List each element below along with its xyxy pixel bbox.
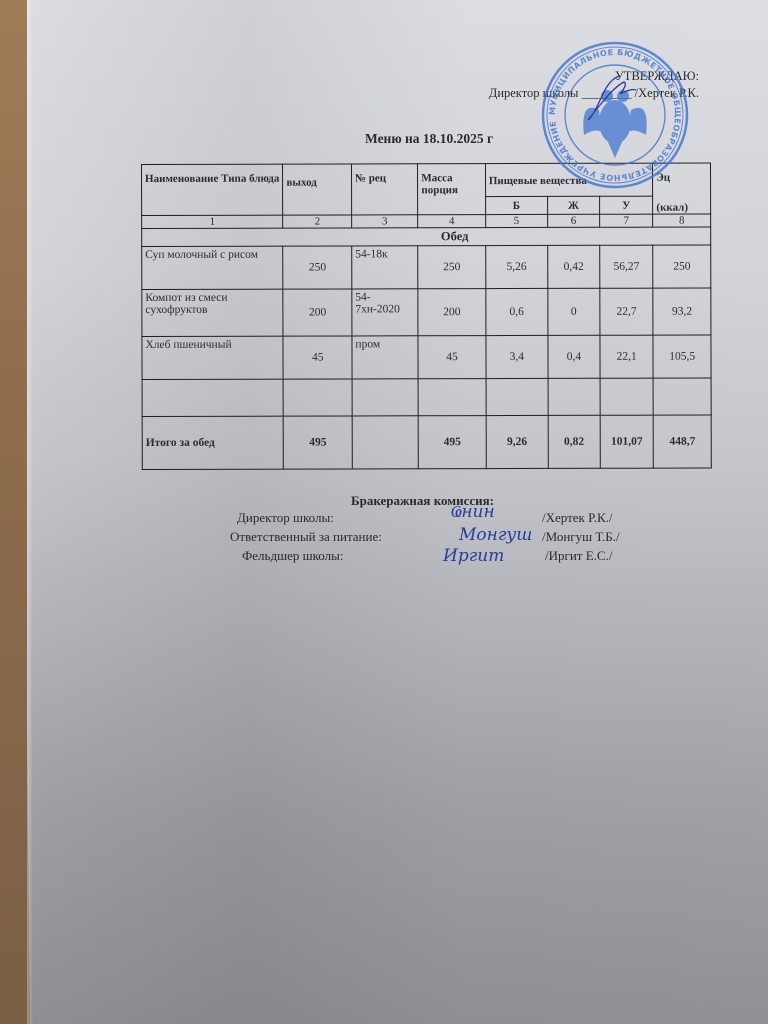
- director-signature-icon: [580, 68, 640, 128]
- signature-director: Ҩнин: [450, 504, 495, 520]
- header-fat: Ж: [547, 196, 599, 214]
- dish-energy: 93,2: [653, 288, 711, 335]
- header-recipe: № рец: [351, 164, 417, 215]
- header-energy-unit: (ккал): [656, 202, 707, 214]
- dish-recipe: пром: [352, 336, 418, 379]
- column-number: 7: [600, 214, 653, 227]
- total-energy: 448,7: [653, 415, 711, 468]
- header-mass: Масса порция: [418, 164, 486, 215]
- dish-recipe: 54-18к: [352, 246, 418, 289]
- header-recipe-text: № рец: [355, 172, 386, 184]
- dish-carbs: 22,1: [600, 335, 653, 378]
- total-mass: 495: [418, 416, 486, 469]
- empty-cell: [653, 378, 711, 415]
- dish-name: Хлеб пшеничный: [142, 336, 284, 379]
- column-number: 6: [547, 214, 599, 227]
- dish-protein: 3,4: [486, 335, 548, 378]
- empty-cell: [600, 378, 653, 415]
- total-protein: 9,26: [486, 415, 548, 468]
- dish-carbs: 22,7: [600, 288, 653, 335]
- empty-cell: [548, 378, 600, 415]
- dish-fat: 0,4: [548, 335, 600, 378]
- dish-fat: 0: [548, 288, 600, 335]
- member-name: /Иргит Е.С./: [545, 548, 612, 564]
- column-number: 8: [653, 214, 711, 227]
- dish-protein: 0,6: [486, 288, 548, 335]
- menu-table: Наименование Типа блюда выход № рец Масс…: [141, 163, 712, 470]
- total-label: Итого за обед: [142, 416, 284, 469]
- column-number: 3: [352, 215, 418, 228]
- empty-cell: [283, 379, 352, 416]
- dish-fat: 0,42: [547, 245, 599, 288]
- dish-mass: 200: [418, 289, 486, 336]
- header-nutrients: Пищевые вещества: [485, 163, 653, 196]
- column-number: 2: [283, 215, 352, 228]
- column-number-row: 1 2 3 4 5 6 7 8: [142, 214, 711, 228]
- total-carbs: 101,07: [600, 415, 653, 468]
- signature-nutrition: Монгуш: [459, 527, 532, 543]
- paper-sheet: [27, 0, 768, 1024]
- header-carbs: У: [600, 196, 653, 214]
- dish-carbs: 56,27: [600, 245, 653, 288]
- dish-yield: 250: [283, 246, 352, 289]
- table-row: Суп молочный с рисом 250 54-18к 250 5,26…: [142, 245, 711, 289]
- member-role: Директор школы:: [237, 510, 334, 526]
- dish-mass: 45: [418, 336, 486, 379]
- dish-energy: 105,5: [653, 335, 711, 378]
- section-title: Обед: [142, 227, 711, 246]
- dish-protein: 5,26: [485, 245, 547, 288]
- empty-row: [142, 378, 711, 416]
- empty-cell: [486, 378, 548, 415]
- member-role: Фельдшер школы:: [242, 548, 343, 564]
- signature-medic: Иргит: [443, 548, 504, 564]
- header-energy: Эц (ккал): [653, 163, 711, 214]
- paper-edge: [27, 0, 33, 1024]
- table-row: Хлеб пшеничный 45 пром 45 3,4 0,4 22,1 1…: [142, 335, 711, 379]
- dish-recipe: 54-7хн-2020: [352, 289, 418, 336]
- dish-yield: 45: [283, 336, 352, 379]
- column-number: 1: [142, 215, 283, 228]
- dish-yield: 200: [283, 289, 352, 336]
- dish-mass: 250: [418, 246, 486, 289]
- total-yield: 495: [284, 416, 353, 469]
- column-number: 5: [485, 214, 547, 227]
- member-name: /Хертек Р.К./: [542, 510, 613, 526]
- member-name: /Монгуш Т.Б./: [542, 529, 620, 545]
- empty-cell: [418, 379, 486, 416]
- dish-name: Компот из смеси сухофруктов: [142, 289, 284, 336]
- page-title: Меню на 18.10.2025 г: [365, 131, 493, 147]
- table-row: Компот из смеси сухофруктов 200 54-7хн-2…: [142, 288, 711, 336]
- empty-cell: [352, 379, 418, 416]
- section-row: Обед: [142, 227, 711, 246]
- dish-name: Суп молочный с рисом: [142, 246, 284, 289]
- total-fat: 0,82: [548, 415, 600, 468]
- header-energy-top: Эц: [656, 172, 707, 184]
- total-row: Итого за обед 495 495 9,26 0,82 101,07 4…: [142, 415, 711, 469]
- total-recipe: [352, 416, 418, 469]
- empty-cell: [142, 379, 284, 416]
- dish-energy: 250: [653, 245, 711, 288]
- header-protein: Б: [485, 196, 547, 214]
- header-dish-name: Наименование Типа блюда: [142, 164, 284, 215]
- header-yield: выход: [283, 164, 352, 215]
- table-header-row: Наименование Типа блюда выход № рец Масс…: [142, 163, 711, 197]
- column-number: 4: [418, 215, 485, 228]
- member-role: Ответственный за питание:: [230, 529, 382, 545]
